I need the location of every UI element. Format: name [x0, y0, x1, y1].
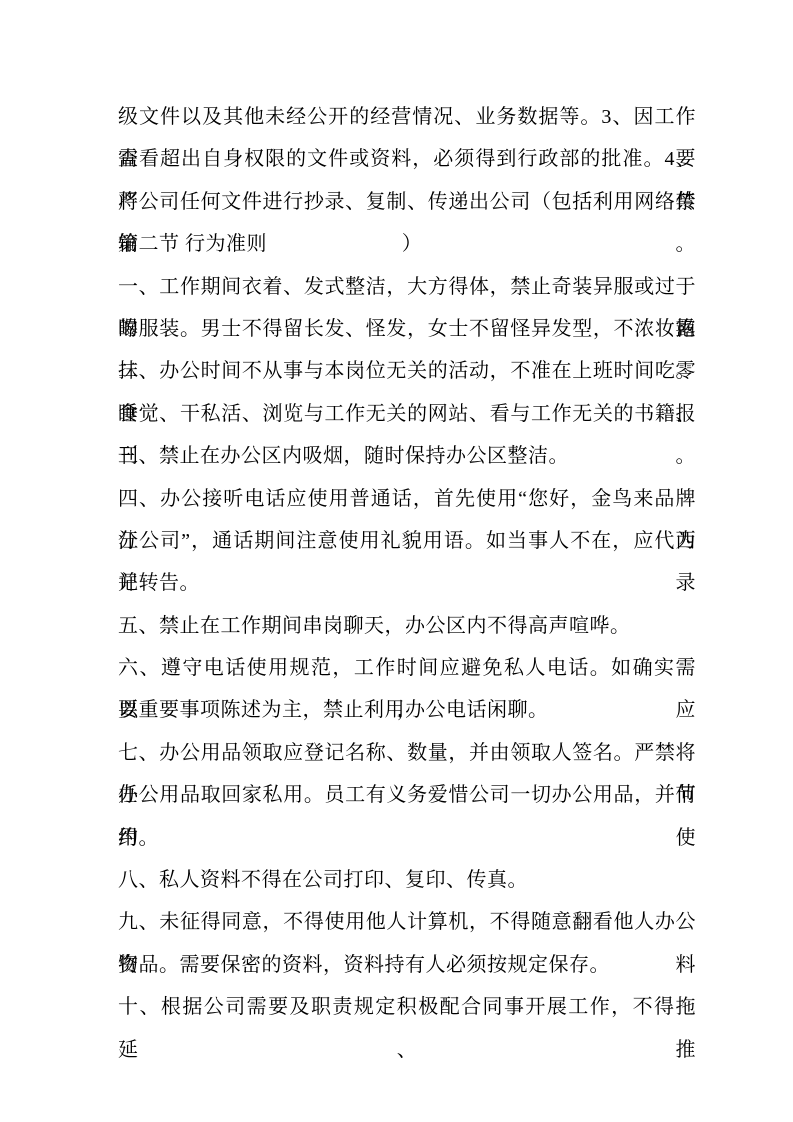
rule-6-phone-usage: 六、遵守电话使用规范，工作时间应避免私人电话。如确实需要，应以重要事项陈述为主，… — [118, 647, 696, 732]
rule-8-private-documents: 八、私人资料不得在公司打印、复印、传真。 — [118, 859, 696, 901]
text-line: 九、未征得同意，不得使用他人计算机，不得随意翻看他人办公资料 — [118, 901, 696, 943]
text-line: 物品。需要保密的资料，资料持有人必须按规定保存。 — [118, 944, 696, 986]
text-line: 分公司”，通话期间注意使用礼貌用语。如当事人不在，应代为记录 — [118, 520, 696, 562]
rule-10-cooperation: 十、根据公司需要及职责规定积极配合同事开展工作，不得拖延、推 — [118, 986, 696, 1028]
rule-1-dress-code: 一、工作期间衣着、发式整洁，大方得体，禁止奇装异服或过于曝露的服装。男士不得留长… — [118, 266, 696, 351]
text-line: 五、禁止在工作期间串岗聊天，办公区内不得高声喧哗。 — [118, 605, 696, 647]
text-line: 七、办公用品领取应登记名称、数量，并由领取人签名。严禁将任何 — [118, 732, 696, 774]
confidentiality-rules-continued: 级文件以及其他未经公开的经营情况、业务数据等。3、因工作需要查看超出自身权限的文… — [118, 96, 696, 223]
rule-9-others-property: 九、未征得同意，不得使用他人计算机，不得随意翻看他人办公资料物品。需要保密的资料… — [118, 901, 696, 986]
text-line: 级文件以及其他未经公开的经营情况、业务数据等。3、因工作需要 — [118, 96, 696, 138]
text-line: 办公用品取回家私用。员工有义务爱惜公司一切办公用品，并节约使 — [118, 774, 696, 816]
rule-4-phone-answering: 四、办公接听电话应使用普通话，首先使用“您好，金鸟来品牌江西分公司”，通话期间注… — [118, 478, 696, 605]
text-line: 二、办公时间不从事与本岗位无关的活动，不准在上班时间吃零食、 — [118, 350, 696, 392]
document-text-block: 级文件以及其他未经公开的经营情况、业务数据等。3、因工作需要查看超出自身权限的文… — [118, 96, 696, 1029]
text-line: 查看超出自身权限的文件或资料，必须得到行政部的批准。4、严禁 — [118, 138, 696, 180]
document-page: 级文件以及其他未经公开的经营情况、业务数据等。3、因工作需要查看超出自身权限的文… — [0, 0, 793, 1122]
text-line: 六、遵守电话使用规范，工作时间应避免私人电话。如确实需要，应 — [118, 647, 696, 689]
text-line: 十、根据公司需要及职责规定积极配合同事开展工作，不得拖延、推 — [118, 986, 696, 1028]
rule-7-office-supplies: 七、办公用品领取应登记名称、数量，并由领取人签名。严禁将任何办公用品取回家私用。… — [118, 732, 696, 859]
text-line: 八、私人资料不得在公司打印、复印、传真。 — [118, 859, 696, 901]
text-line: 睡觉、干私活、浏览与工作无关的网站、看与工作无关的书籍报刊。 — [118, 393, 696, 435]
text-line: 四、办公接听电话应使用普通话，首先使用“您好，金鸟来品牌江西 — [118, 478, 696, 520]
text-line: 将公司任何文件进行抄录、复制、传递出公司（包括利用网络传输）。 — [118, 181, 696, 223]
text-line: 一、工作期间衣着、发式整洁，大方得体，禁止奇装异服或过于曝露 — [118, 266, 696, 308]
rule-2-work-focus: 二、办公时间不从事与本岗位无关的活动，不准在上班时间吃零食、睡觉、干私活、浏览与… — [118, 350, 696, 435]
text-line: 的服装。男士不得留长发、怪发，女士不留怪异发型，不浓妆艳抹。 — [118, 308, 696, 350]
rule-5-no-chatting: 五、禁止在工作期间串岗聊天，办公区内不得高声喧哗。 — [118, 605, 696, 647]
